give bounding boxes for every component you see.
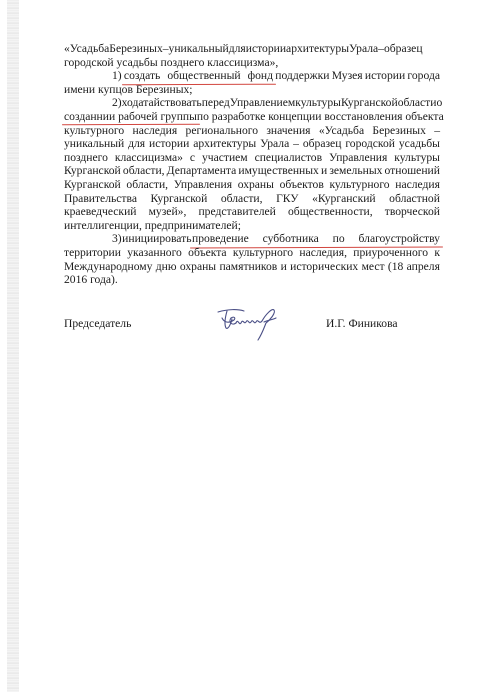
- word: творческой: [385, 205, 440, 219]
- word: указанного: [127, 246, 182, 260]
- text-line-1: «УсадьбаБерезиных–уникальныйдляисторииар…: [64, 42, 440, 56]
- word: перед: [202, 96, 230, 110]
- underlined-working-group: созданнии рабочей группы: [64, 110, 197, 124]
- word: Урала: [260, 137, 289, 151]
- word: истории: [149, 137, 189, 151]
- word: наследия: [132, 124, 177, 138]
- word: ГКУ: [276, 192, 298, 206]
- word: наследия: [395, 178, 440, 192]
- signatory-title: Председатель: [64, 317, 131, 330]
- word: «Усадьба: [64, 42, 109, 55]
- text-line-12: ПравительстваКурганскойобласти,ГКУ«Курга…: [64, 192, 440, 206]
- word: культурного: [233, 246, 293, 260]
- word: культурного: [64, 124, 124, 138]
- word: для: [128, 137, 145, 151]
- text-line-17: Международномуднюохраныпамятниковиистори…: [64, 260, 440, 274]
- word: области,: [221, 192, 263, 206]
- text-line-16: территорииуказанногообъектакультурногона…: [64, 246, 440, 260]
- handwritten-signature-icon: [214, 306, 289, 344]
- word: области,: [126, 178, 168, 192]
- word: архитектуры: [286, 42, 349, 55]
- word: образец: [303, 137, 342, 151]
- underlined-create-fund: создатьобщественныйфонд: [124, 69, 273, 83]
- word: о: [436, 96, 442, 110]
- word: краеведческий: [64, 205, 136, 219]
- word: Курганской: [341, 96, 398, 110]
- word: представителей: [198, 205, 275, 219]
- word: фонд: [248, 69, 273, 83]
- word: «Курганский: [312, 192, 376, 206]
- word: специалистов: [255, 151, 322, 165]
- word: общественный: [167, 69, 240, 83]
- word: Урала: [349, 42, 378, 55]
- word: архитектуры: [193, 137, 256, 151]
- word: и: [321, 164, 327, 178]
- item-3-line: 3) инициировать проведениесубботникапобл…: [64, 232, 440, 246]
- word: усадьбы: [399, 137, 440, 151]
- word: апреля: [407, 260, 440, 274]
- word: 2): [112, 96, 122, 110]
- word: благоустройству: [359, 232, 440, 246]
- text-line-11: Курганскойобласти,Управленияохраныобъект…: [64, 178, 440, 192]
- item-2-line: 2)ходатайствоватьпередУправлениемкультур…: [64, 96, 440, 110]
- word: Международному: [64, 260, 152, 274]
- word: с: [190, 151, 195, 165]
- word: приуроченного: [353, 246, 428, 260]
- word: значения: [266, 124, 310, 138]
- word: охраны: [180, 260, 216, 274]
- word: охраны: [238, 178, 274, 192]
- word: дню: [156, 260, 177, 274]
- word: объектов: [280, 178, 324, 192]
- word: Управления: [329, 151, 387, 165]
- word: Березиных: [372, 124, 425, 138]
- word: для: [229, 42, 246, 55]
- text-line-18: 2016 года).: [64, 273, 440, 287]
- word: и: [281, 260, 287, 274]
- text-line-13: краеведческиймузей»,представителейобщест…: [64, 205, 440, 219]
- word: культурного: [329, 178, 389, 192]
- word: истории: [246, 42, 286, 55]
- word: –: [434, 124, 440, 138]
- word: ходатайствовать: [122, 96, 202, 110]
- word: города: [407, 69, 440, 83]
- word: проведение: [192, 232, 249, 246]
- word: общественности,: [288, 205, 373, 219]
- text-line-4: имени купцов Березиных;: [64, 83, 440, 97]
- word: наследия,: [299, 246, 347, 260]
- text-line-10: Курганскойобласти,Департаментаимуществен…: [64, 164, 440, 178]
- word: регионального: [186, 124, 259, 138]
- word: территории: [64, 246, 121, 260]
- word: имущественных: [238, 164, 318, 178]
- word: Курганской: [151, 192, 208, 206]
- scan-edge-artifact: [7, 0, 19, 692]
- word: Курганской: [64, 164, 121, 178]
- word: объекта: [188, 246, 226, 260]
- word: уникальный: [64, 137, 124, 151]
- word: образец: [384, 42, 423, 55]
- word: классицизма»: [115, 151, 183, 165]
- word: Березиных: [109, 42, 162, 55]
- word: городской: [345, 137, 395, 151]
- word: субботника: [263, 232, 319, 246]
- word: истории: [365, 69, 405, 83]
- word: по: [333, 232, 345, 246]
- word: Департамента: [167, 164, 237, 178]
- word: Курганской: [64, 178, 121, 192]
- word: «Усадьба: [319, 124, 364, 138]
- word: участием: [202, 151, 248, 165]
- word: культуры: [295, 96, 341, 110]
- word: культуры: [394, 151, 440, 165]
- text-line-14: интеллигенции, предпринимателей;: [64, 219, 440, 233]
- word: уникальный: [169, 42, 229, 55]
- word: музей»,: [149, 205, 187, 219]
- item-1-number: 1): [112, 69, 122, 83]
- text-line-9: позднегоклассицизма»сучастиемспециалисто…: [64, 151, 440, 165]
- word: областной: [389, 192, 440, 206]
- text-line-2: городской усадьбы позднего классицизма»,: [64, 56, 440, 70]
- word: Управления: [174, 178, 232, 192]
- word: области: [398, 96, 437, 110]
- document-body: «УсадьбаБерезиных–уникальныйдляисторииар…: [64, 42, 440, 287]
- word: отношений: [385, 164, 440, 178]
- word: поддержки: [275, 69, 329, 83]
- text-line-8: уникальныйдляисторииархитектурыУрала–обр…: [64, 137, 440, 151]
- word: памятников: [219, 260, 277, 274]
- word: области,: [123, 164, 165, 178]
- text-line-6: созданнии рабочей группы по разработке к…: [64, 110, 440, 124]
- signature-block: Председатель И.Г. Финикова: [64, 314, 440, 344]
- word: исторических: [290, 260, 358, 274]
- text-line-7: культурногонаследиярегиональногозначения…: [64, 124, 440, 138]
- word: –: [293, 137, 299, 151]
- word: к: [434, 246, 440, 260]
- word: (18: [388, 260, 403, 274]
- word: Музея: [332, 69, 363, 83]
- word: создать: [124, 69, 160, 83]
- word: Правительства: [64, 192, 137, 206]
- underlined-subbotnik: проведениесубботникапоблагоустройству: [192, 232, 440, 246]
- item-1-line: 1) создатьобщественныйфонд поддержкиМузе…: [64, 69, 440, 83]
- word: земельных: [329, 164, 382, 178]
- word: позднего: [64, 151, 108, 165]
- signatory-name: И.Г. Финикова: [326, 317, 398, 330]
- word: Управлением: [230, 96, 295, 110]
- word: мест: [362, 260, 385, 274]
